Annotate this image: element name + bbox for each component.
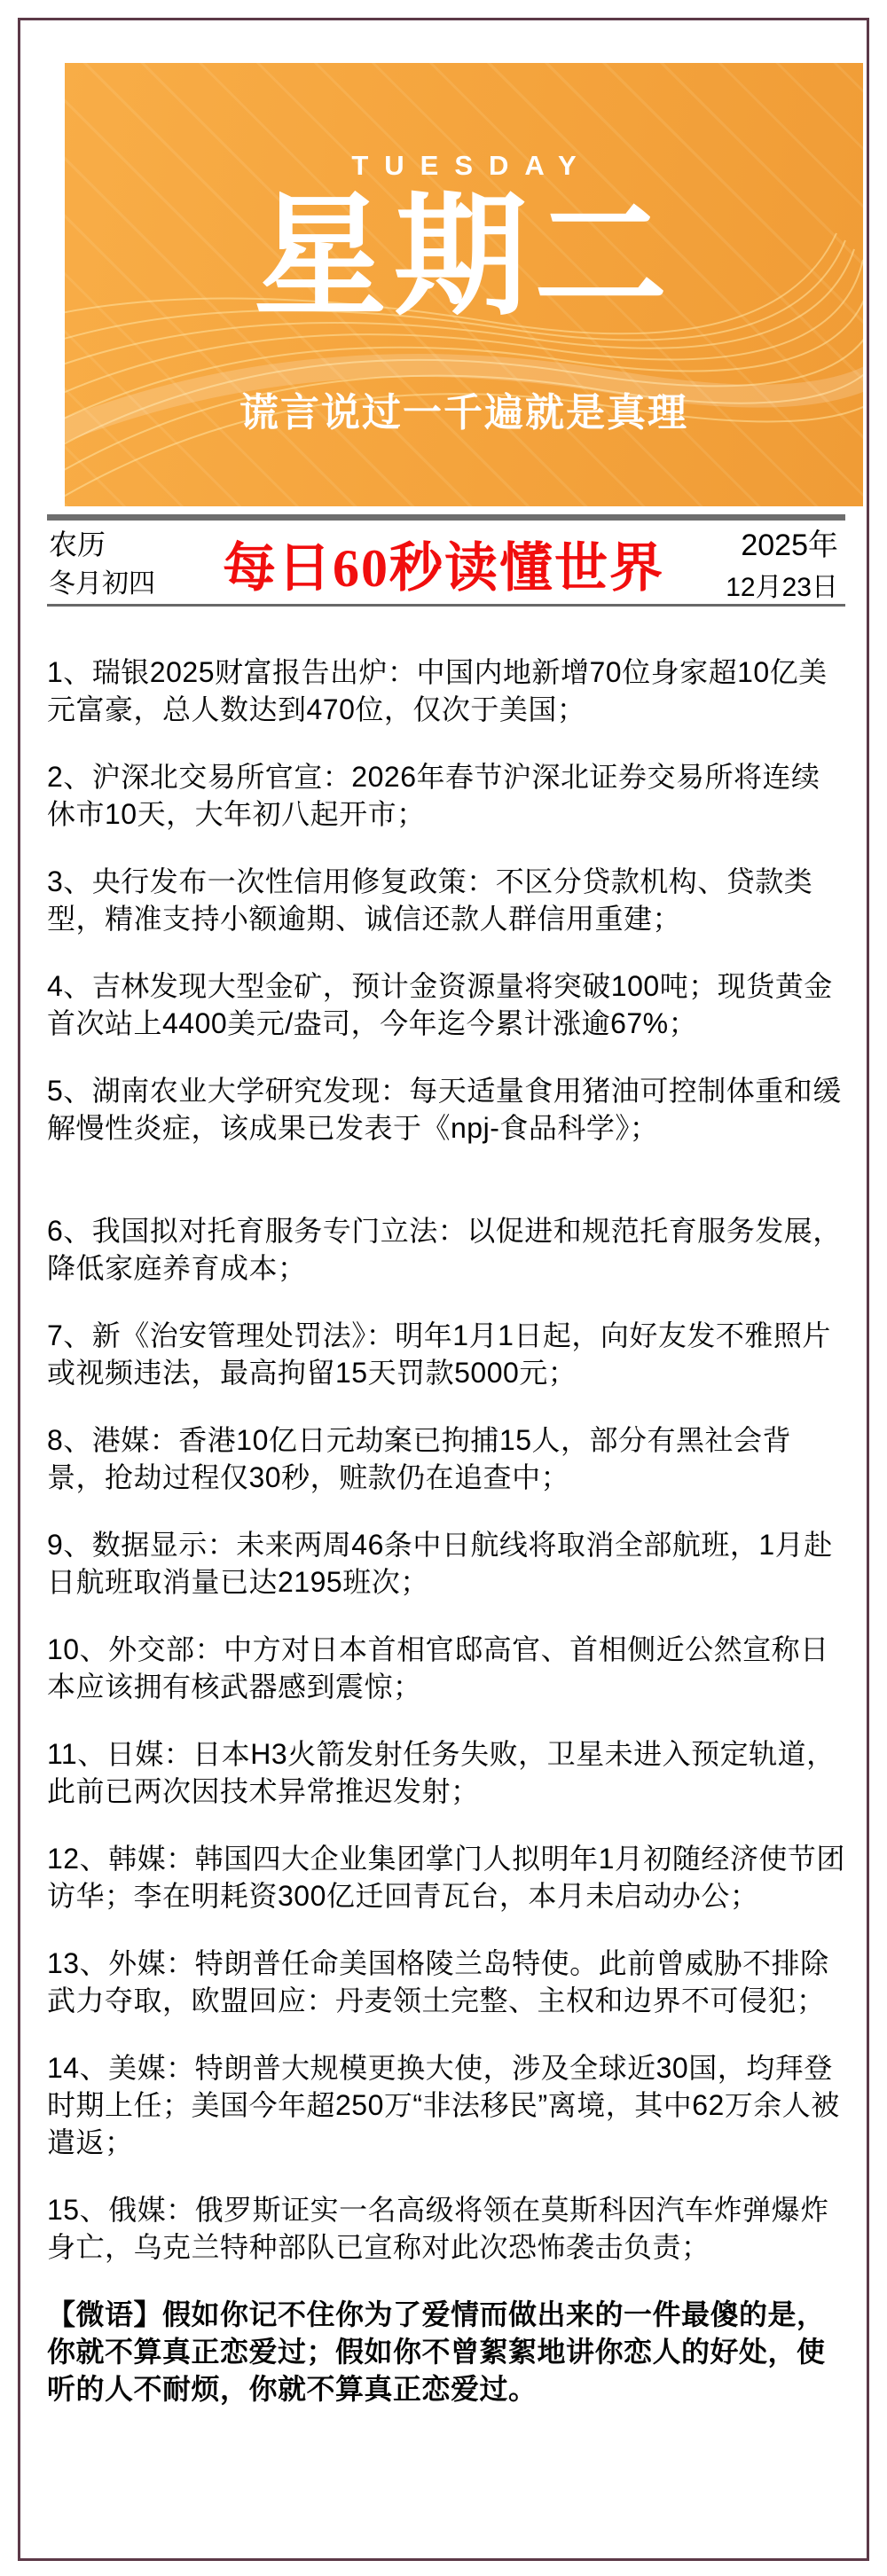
news-item-11: 11、日媒：日本H3火箭发射任务失败，卫星未进入预定轨道，此前已两次因技术异常推… — [47, 1735, 845, 1810]
news-item-13: 13、外媒：特朗普任命美国格陵兰岛特使。此前曾威胁不排除武力夺取，欧盟回应：丹麦… — [47, 1945, 845, 2019]
weiyu-footer-quote: 【微语】假如你记不住你为了爱情而做出来的一件最傻的是，你就不算真正恋爱过；假如你… — [47, 2296, 845, 2408]
news-item-4: 4、吉林发现大型金矿，预计金资源量将突破100吨；现货黄金首次站上4400美元/… — [47, 967, 845, 1042]
news-item-14: 14、美媒：特朗普大规模更换大使，涉及全球近30国，均拜登时期上任；美国今年超2… — [47, 2049, 845, 2161]
date-bar-bottom-divider — [47, 604, 845, 607]
banner-quote-text: 谎言说过一千遍就是真理 — [65, 380, 863, 437]
news-item-9: 9、数据显示：未来两周46条中日航线将取消全部航班，1月赴日航班取消量已达219… — [47, 1526, 845, 1601]
news-item-3: 3、央行发布一次性信用修复政策：不区分贷款机构、贷款类型，精准支持小额逾期、诚信… — [47, 863, 845, 937]
news-item-6: 6、我国拟对托育服务专门立法：以促进和规范托育服务发展，降低家庭养育成本； — [47, 1212, 845, 1287]
daily-60s-title: 每日60秒读懂世界 — [20, 526, 867, 602]
news-item-15: 15、俄媒：俄罗斯证实一名高级将领在莫斯科因汽车炸弹爆炸身亡，乌克兰特种部队已宣… — [47, 2191, 845, 2266]
weekday-banner: TUESDAY 星期二 谎言说过一千遍就是真理 — [65, 63, 863, 506]
news-list: 1、瑞银2025财富报告出炉：中国内地新增70位身家超10亿美元富豪，总人数达到… — [47, 654, 845, 2408]
news-item-10: 10、外交部：中方对日本首相官邸高官、首相侧近公然宣称日本应该拥有核武器感到震惊… — [47, 1631, 845, 1705]
news-item-8: 8、港媒：香港10亿日元劫案已拘捕15人，部分有黑社会背景，抢劫过程仅30秒，赃… — [47, 1421, 845, 1496]
news-item-2: 2、沪深北交易所官宣：2026年春节沪深北证券交易所将连续休市10天，大年初八起… — [47, 758, 845, 833]
news-item-12: 12、韩媒：韩国四大企业集团掌门人拟明年1月初随经济使节团访华；李在明耗资300… — [47, 1840, 845, 1914]
news-item-7: 7、新《治安管理处罚法》：明年1月1日起，向好友发不雅照片或视频违法，最高拘留1… — [47, 1317, 845, 1391]
date-bar-top-divider — [47, 514, 845, 521]
weekday-english-label: TUESDAY — [65, 150, 863, 182]
weekday-chinese-label: 星期二 — [65, 187, 863, 329]
daily-news-poster: { "banner": { "weekday_en": "TUESDAY", "… — [0, 0, 887, 2576]
news-item-1: 1、瑞银2025财富报告出炉：中国内地新增70位身家超10亿美元富豪，总人数达到… — [47, 654, 845, 728]
poster-border-frame: TUESDAY 星期二 谎言说过一千遍就是真理 农历 冬月初四 2025年 12… — [18, 18, 869, 2561]
news-item-5: 5、湖南农业大学研究发现：每天适量食用猪油可控制体重和缓解慢性炎症，该成果已发表… — [47, 1072, 845, 1147]
